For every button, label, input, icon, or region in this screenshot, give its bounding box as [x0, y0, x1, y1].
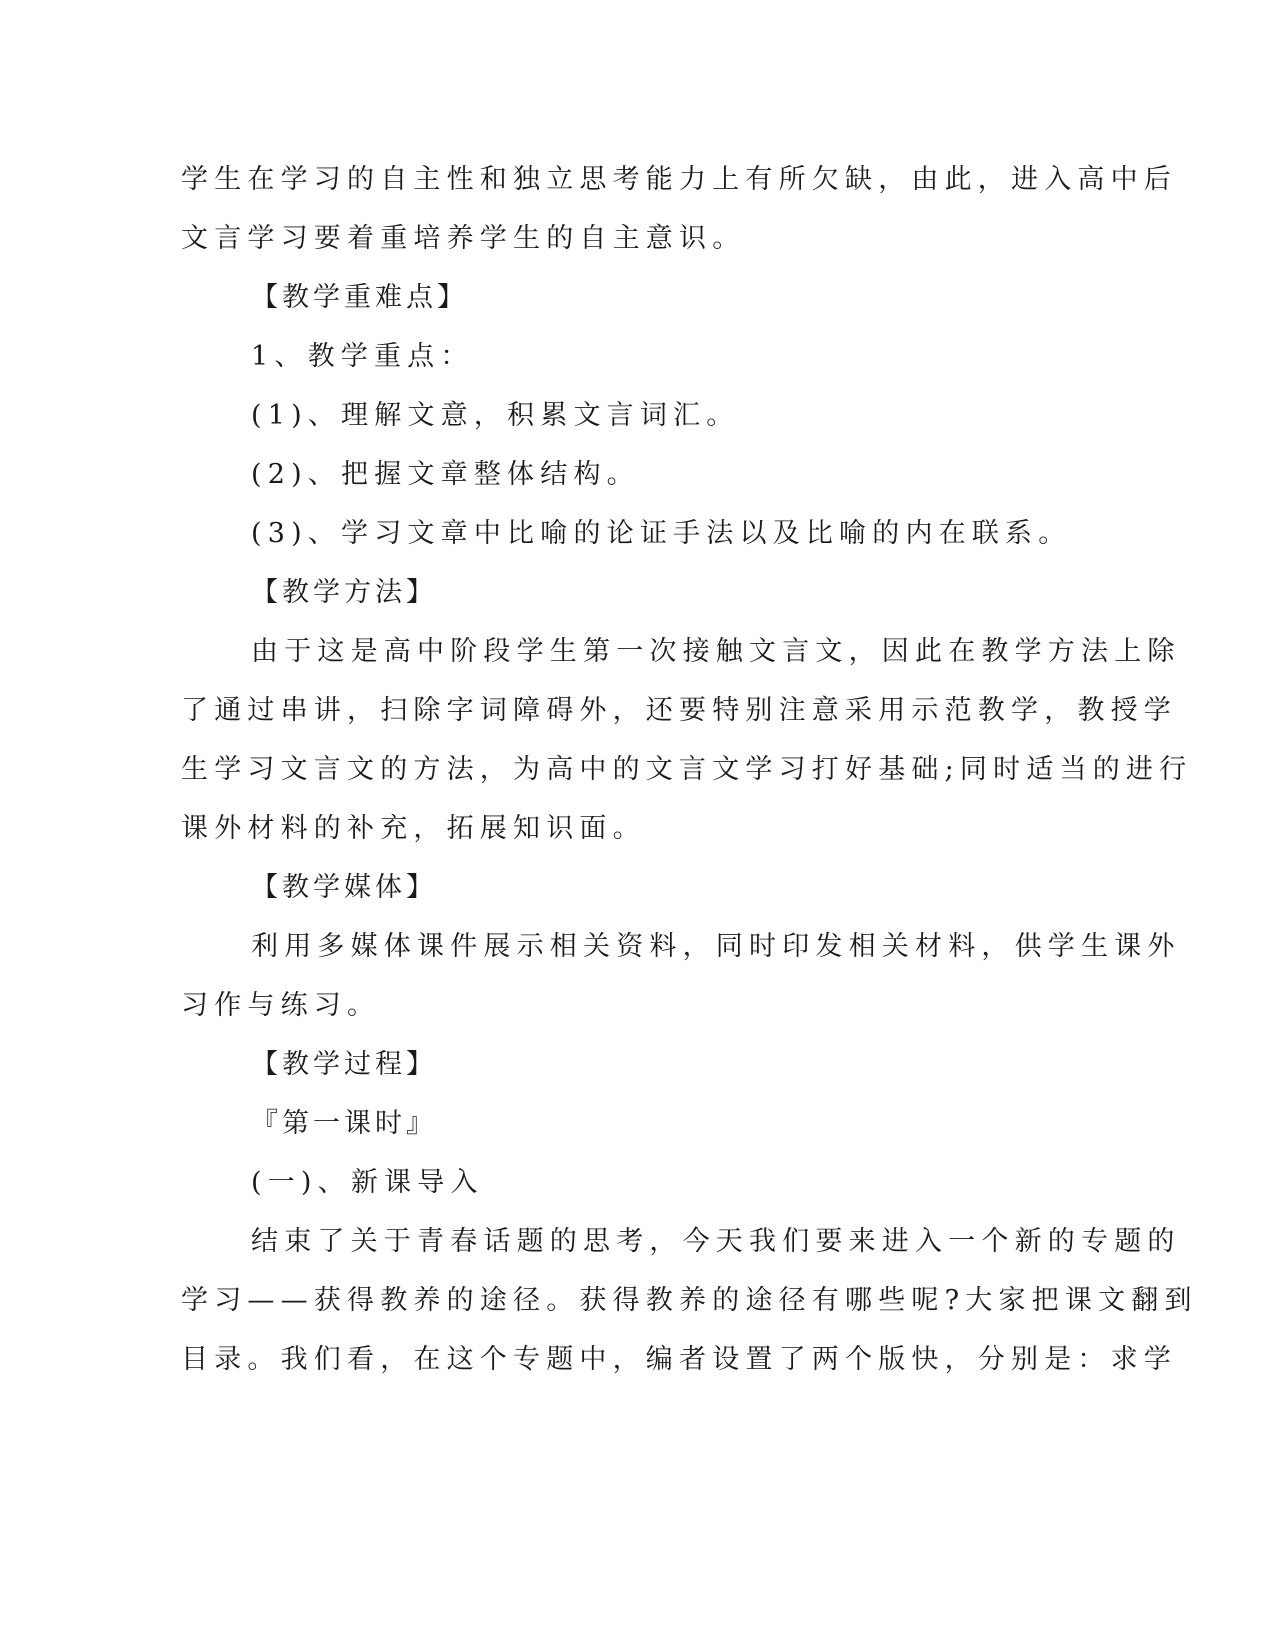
paragraph-line: 目录。我们看，在这个专题中，编者设置了两个版快，分别是：求学 [181, 1343, 1177, 1377]
subheading-first-lesson: 『第一课时』 [251, 1107, 437, 1141]
list-item: (3)、学习文章中比喻的论证手法以及比喻的内在联系。 [251, 517, 1071, 551]
section-heading-teaching-process: 【教学过程】 [251, 1048, 437, 1082]
paragraph-line: 生学习文言文的方法，为高中的文言文学习打好基础;同时适当的进行 [181, 753, 1192, 787]
paragraph-line: 学生在学习的自主性和独立思考能力上有所欠缺，由此，进入高中后 [181, 163, 1177, 197]
section-heading-teaching-difficulties: 【教学重难点】 [251, 281, 468, 315]
paragraph-line: 利用多媒体课件展示相关资料，同时印发相关材料，供学生课外 [251, 930, 1181, 964]
paragraph-line: 结束了关于青春话题的思考，今天我们要来进入一个新的专题的 [251, 1225, 1181, 1259]
paragraph-line: 习作与练习。 [181, 989, 380, 1023]
list-item: (1)、理解文意，积累文言词汇。 [251, 399, 739, 433]
paragraph-line: 学习——获得教养的途径。获得教养的途径有哪些呢?大家把课文翻到 [181, 1284, 1198, 1318]
paragraph-line: 了通过串讲，扫除字词障碍外，还要特别注意采用示范教学，教授学 [181, 694, 1177, 728]
subheading-new-lesson-intro: (一)、新课导入 [251, 1166, 484, 1200]
section-heading-teaching-media: 【教学媒体】 [251, 871, 437, 905]
list-item: (2)、把握文章整体结构。 [251, 458, 640, 492]
subheading-teaching-focus: 1、教学重点： [251, 340, 474, 374]
paragraph-line: 文言学习要着重培养学生的自主意识。 [181, 222, 745, 256]
document-page: 学生在学习的自主性和独立思考能力上有所欠缺，由此，进入高中后 文言学习要着重培养… [0, 0, 1275, 1650]
section-heading-teaching-methods: 【教学方法】 [251, 576, 437, 610]
paragraph-line: 课外材料的补充，拓展知识面。 [181, 812, 646, 846]
paragraph-line: 由于这是高中阶段学生第一次接触文言文，因此在教学方法上除 [251, 635, 1181, 669]
